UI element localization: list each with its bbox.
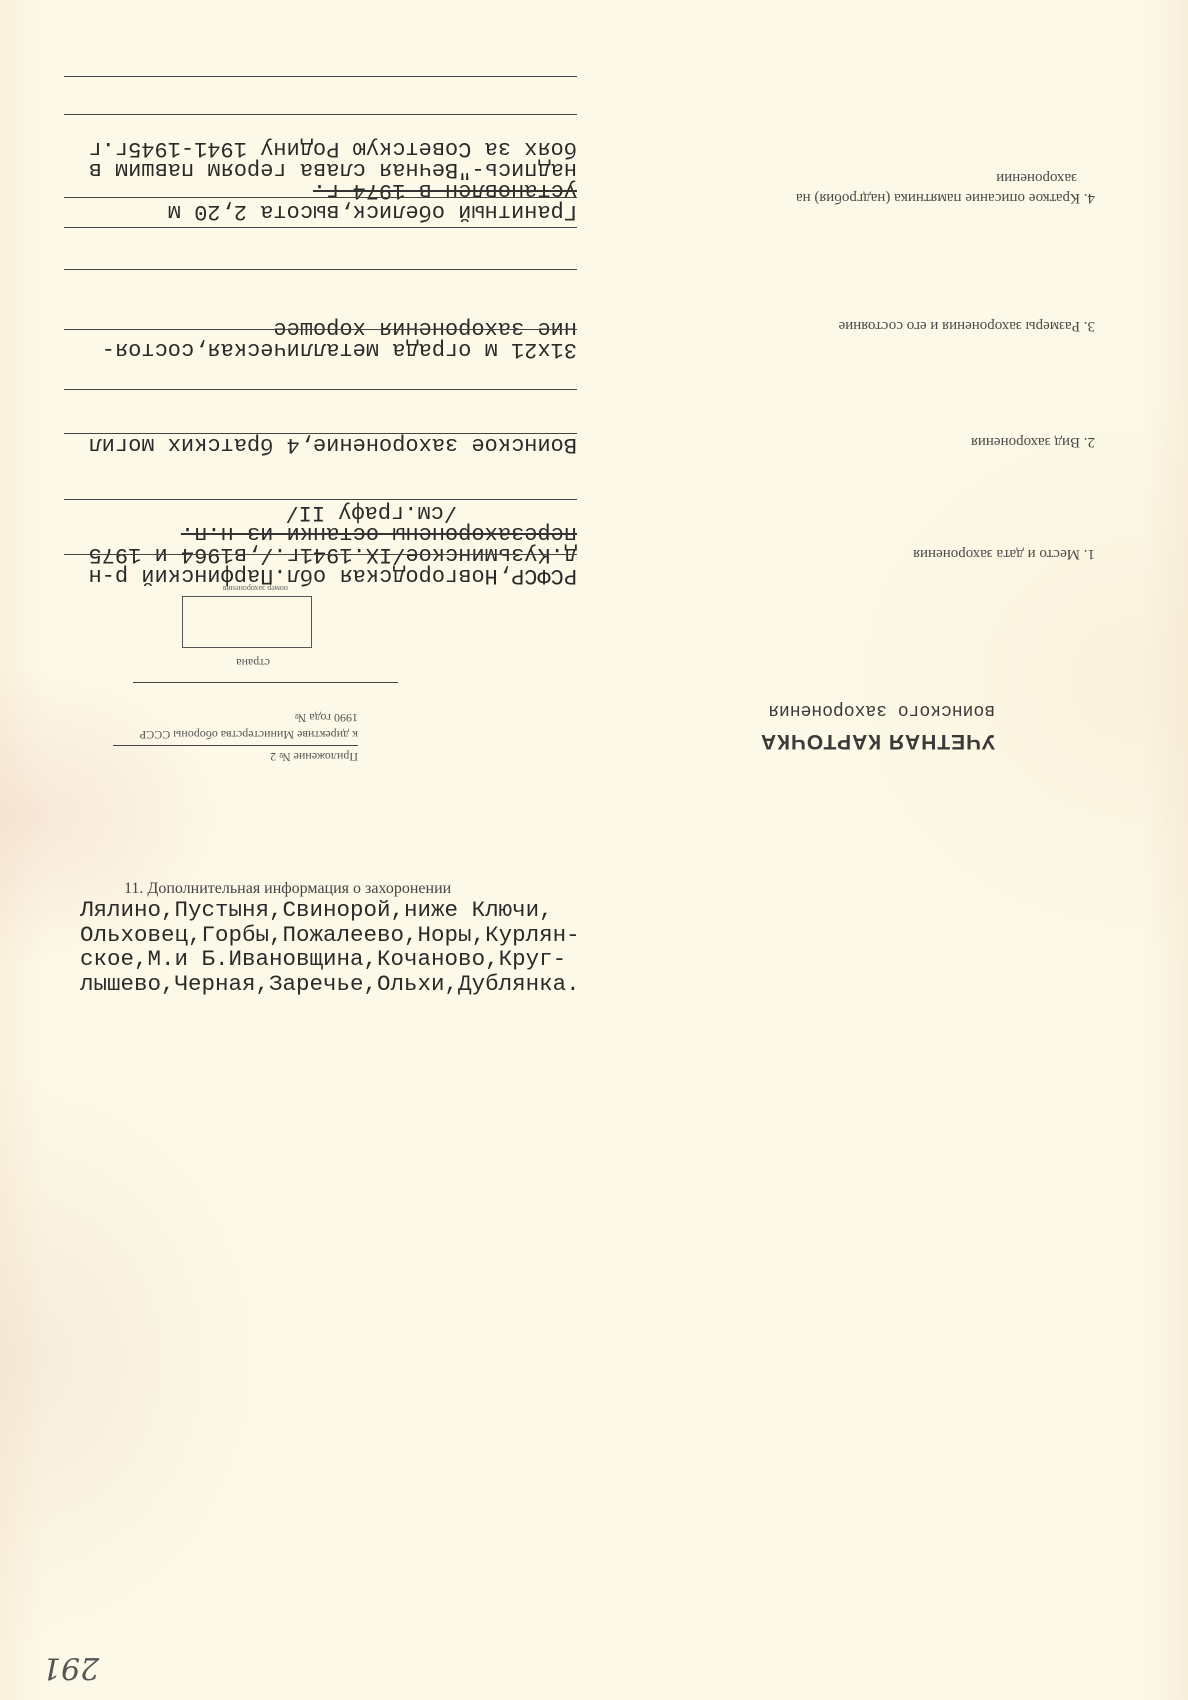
- field-3-value: 31х21 м ограда металлическая,состоя- ние…: [102, 318, 577, 360]
- field-2-label: 2. Вид захоронения: [971, 433, 1095, 450]
- appendix-line-2: к директиве Министерства обороны СССР: [140, 727, 358, 742]
- card-title: УЧЕТНАЯ КАРТОЧКА: [760, 729, 995, 753]
- field-4-label: 4. Краткое описание памятника (надгробия…: [796, 168, 1095, 208]
- field-4-rule-3: [64, 76, 577, 77]
- field-1-rule-1: [64, 554, 577, 555]
- handwritten-page-number: 291: [42, 1650, 99, 1685]
- field-2-rule-2: [64, 389, 577, 390]
- field-2-value: Воинское захоронение,4 братских могил: [89, 434, 577, 455]
- country-label: страна: [236, 655, 270, 670]
- burial-number-box: [182, 596, 312, 648]
- field-4-rule-2: [64, 114, 577, 115]
- field-2-rule-1: [64, 433, 577, 434]
- appendix-underline: [113, 745, 358, 746]
- field-4-rule-1: [64, 197, 577, 198]
- field-3-rule-1: [64, 329, 577, 330]
- country-rule: [133, 682, 398, 683]
- field-1-value: РСФСР,Новгородская обл.Парфинский р-н д.…: [89, 502, 577, 586]
- field-4-value: Гранитный обелиск,высота 2,20 м установл…: [89, 138, 577, 222]
- field-3-rule-3: [64, 227, 577, 228]
- field-3-rule-2: [64, 269, 577, 270]
- field-1-label: 1. Место и дата захоронения: [913, 545, 1095, 562]
- card-subtitle: воинского захоронения: [768, 700, 995, 720]
- field-3-label: 3. Размеры захоронения и его состояние: [839, 317, 1095, 334]
- appendix-line-3: 1990 года №: [295, 710, 358, 725]
- additional-info-text: Лялино,Пустыня,Свинорой,ниже Ключи, Ольх…: [80, 898, 580, 996]
- additional-info-label: 11. Дополнительная информация о захороне…: [124, 880, 451, 898]
- card-front-upside-down: УЧЕТНАЯ КАРТОЧКА воинского захоронения П…: [0, 0, 1188, 800]
- field-1-rule-2: [64, 499, 577, 500]
- appendix-line-1: Приложение № 2: [270, 749, 358, 764]
